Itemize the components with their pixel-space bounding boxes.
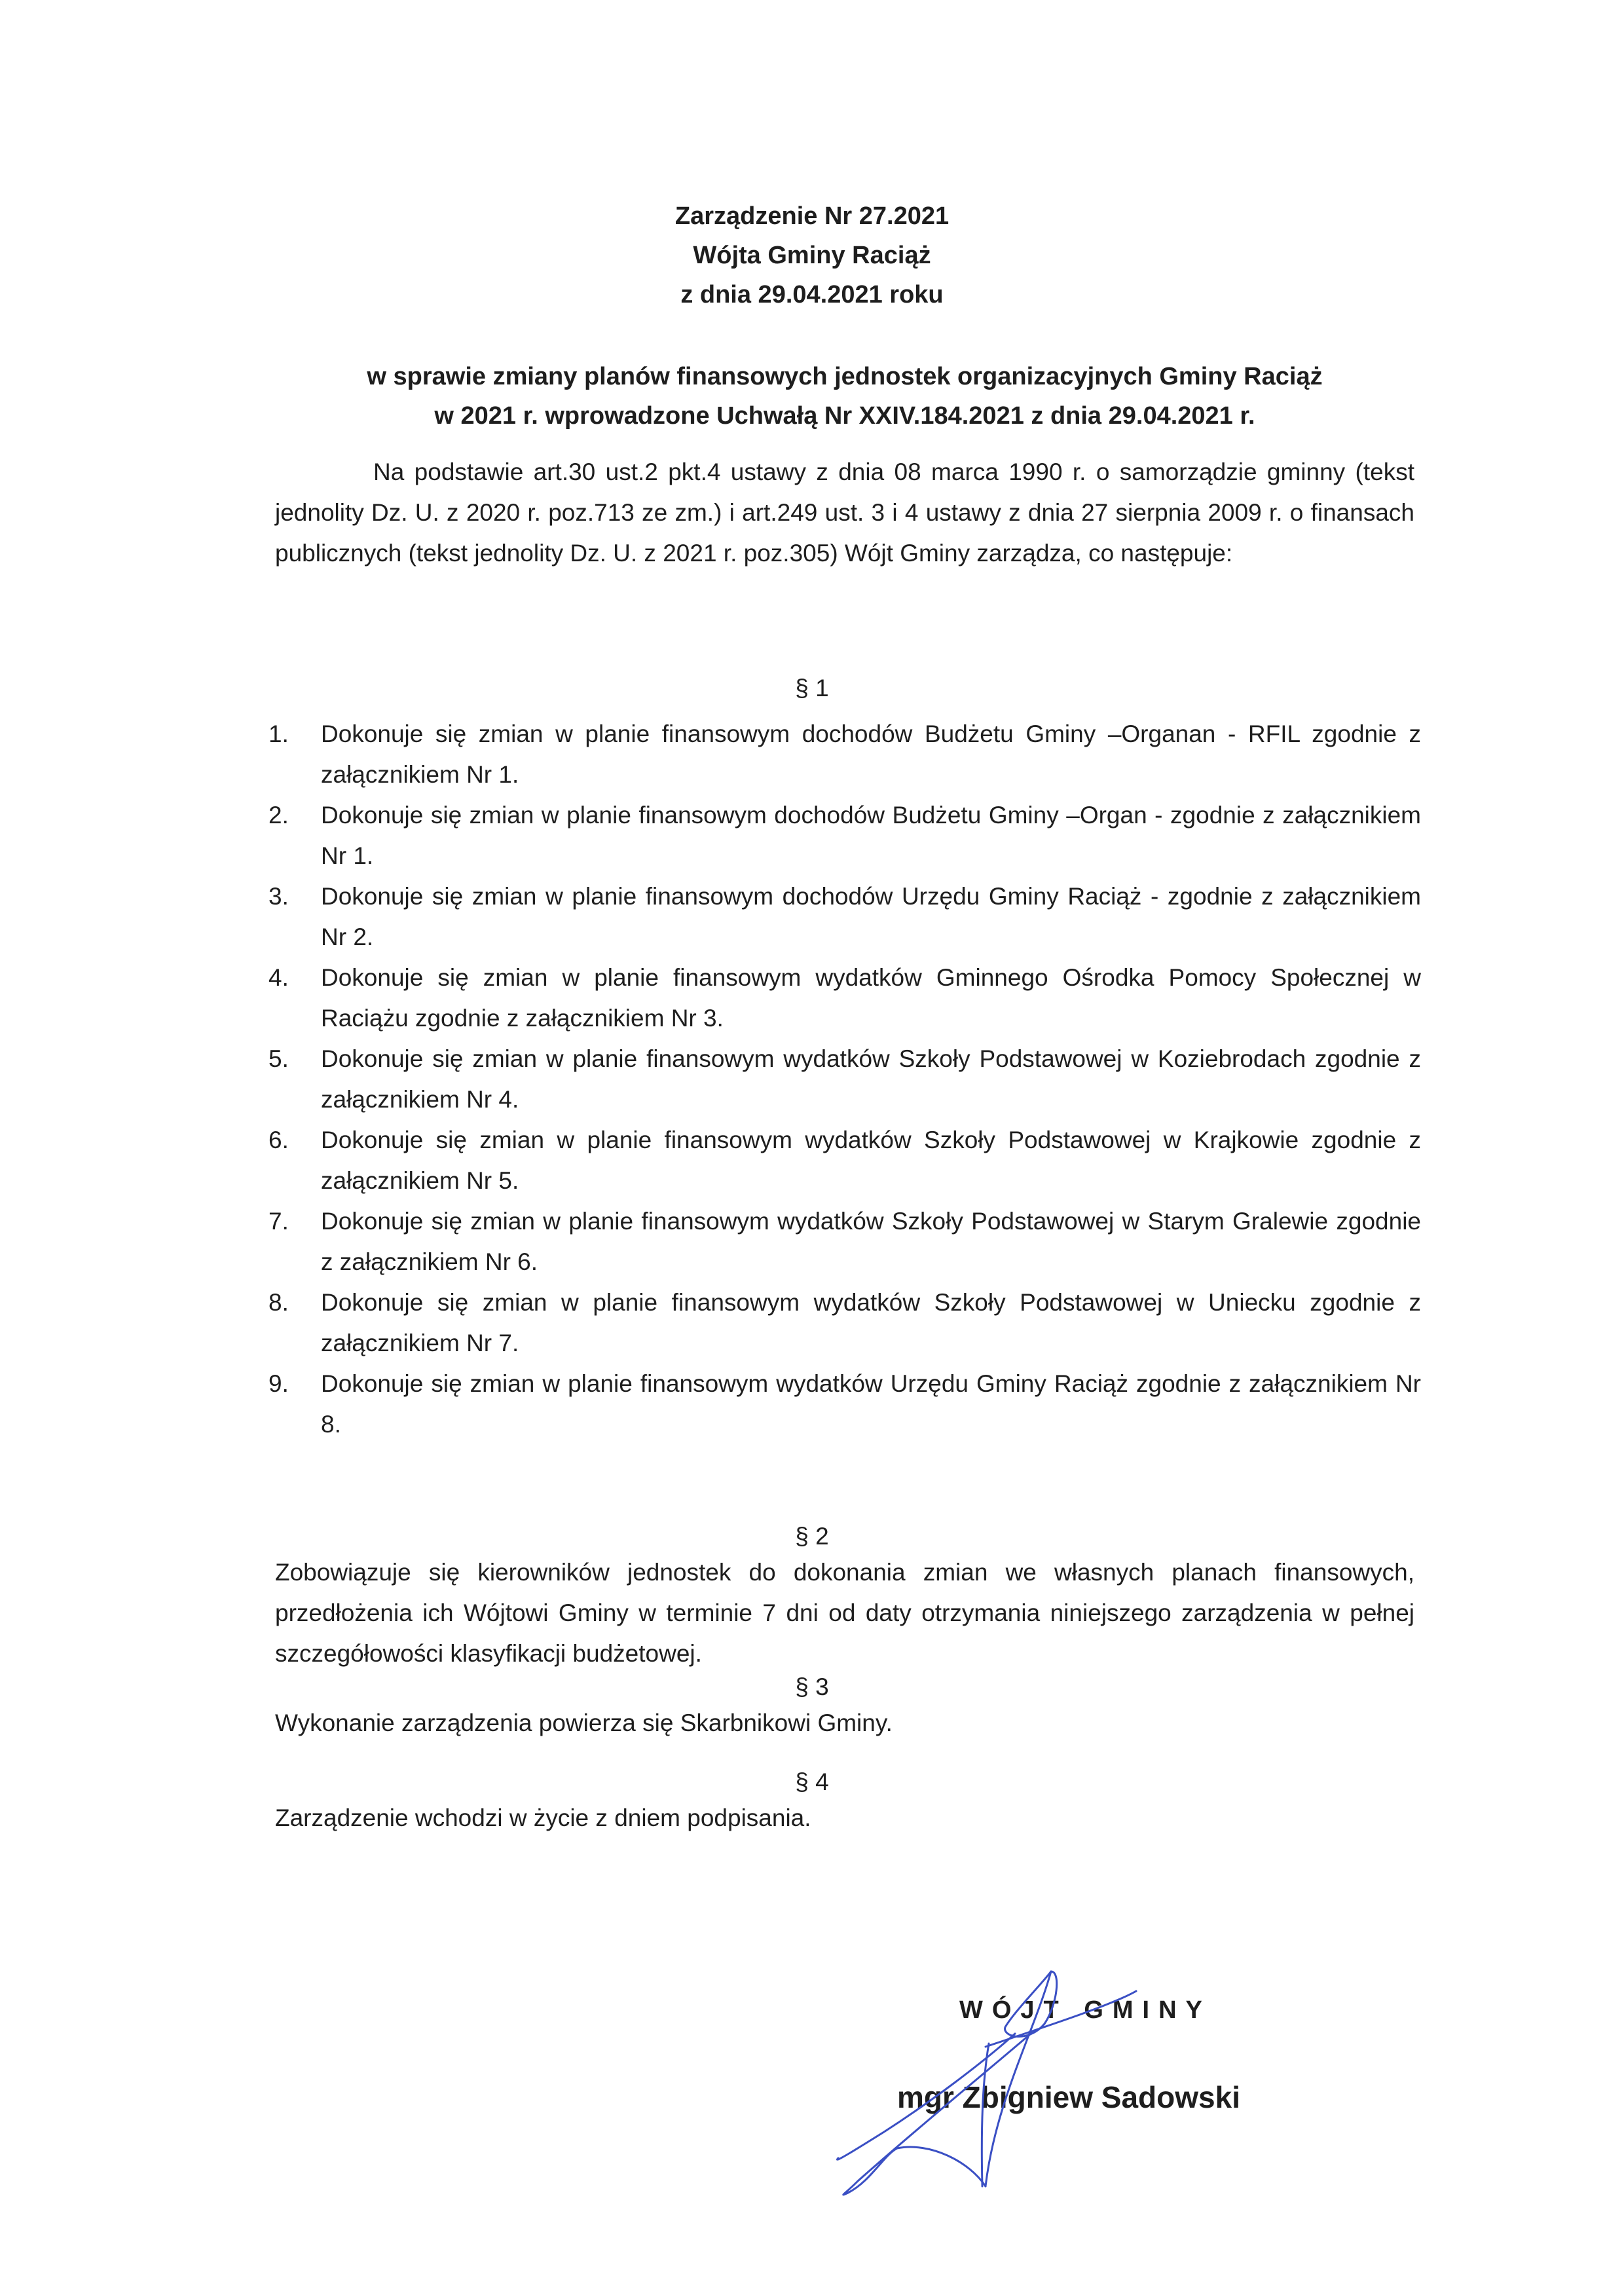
section-1-list: 1.Dokonuje się zmian w planie finansowym… xyxy=(268,714,1421,1445)
section-2-mark: § 2 xyxy=(0,1523,1624,1550)
list-item: 9.Dokonuje się zmian w planie finansowym… xyxy=(268,1364,1421,1445)
document-title: Zarządzenie Nr 27.2021 xyxy=(0,196,1624,236)
list-item: 3.Dokonuje się zmian w planie finansowym… xyxy=(268,876,1421,958)
list-item: 5.Dokonuje się zmian w planie finansowym… xyxy=(268,1039,1421,1120)
preamble: Na podstawie art.30 ust.2 pkt.4 ustawy z… xyxy=(275,452,1414,574)
section-1-mark: § 1 xyxy=(0,675,1624,702)
list-item: 7.Dokonuje się zmian w planie finansowym… xyxy=(268,1201,1421,1282)
list-item: 2.Dokonuje się zmian w planie finansowym… xyxy=(268,795,1421,876)
document-header: Zarządzenie Nr 27.2021 Wójta Gminy Racią… xyxy=(0,196,1624,314)
list-item: 1.Dokonuje się zmian w planie finansowym… xyxy=(268,714,1421,795)
preamble-text: Na podstawie art.30 ust.2 pkt.4 ustawy z… xyxy=(275,458,1414,567)
section-4-text: Zarządzenie wchodzi w życie z dniem podp… xyxy=(275,1798,1414,1838)
document-subject: w sprawie zmiany planów finansowych jedn… xyxy=(288,357,1401,436)
handwritten-signature-icon xyxy=(819,1932,1342,2207)
section-2-text: Zobowiązuje się kierowników jednostek do… xyxy=(275,1552,1414,1674)
subject-line-1: w sprawie zmiany planów finansowych jedn… xyxy=(288,357,1401,396)
list-item: 6.Dokonuje się zmian w planie finansowym… xyxy=(268,1120,1421,1201)
document-page: Zarządzenie Nr 27.2021 Wójta Gminy Racią… xyxy=(0,0,1624,2295)
list-item: 8.Dokonuje się zmian w planie finansowym… xyxy=(268,1282,1421,1364)
subject-line-2: w 2021 r. wprowadzone Uchwałą Nr XXIV.18… xyxy=(288,396,1401,436)
section-3-mark: § 3 xyxy=(0,1673,1624,1701)
section-3-text: Wykonanie zarządzenia powierza się Skarb… xyxy=(275,1703,1414,1744)
list-item: 4.Dokonuje się zmian w planie finansowym… xyxy=(268,958,1421,1039)
section-4-mark: § 4 xyxy=(0,1768,1624,1796)
document-issuer: Wójta Gminy Raciąż xyxy=(0,236,1624,275)
document-date: z dnia 29.04.2021 roku xyxy=(0,275,1624,314)
